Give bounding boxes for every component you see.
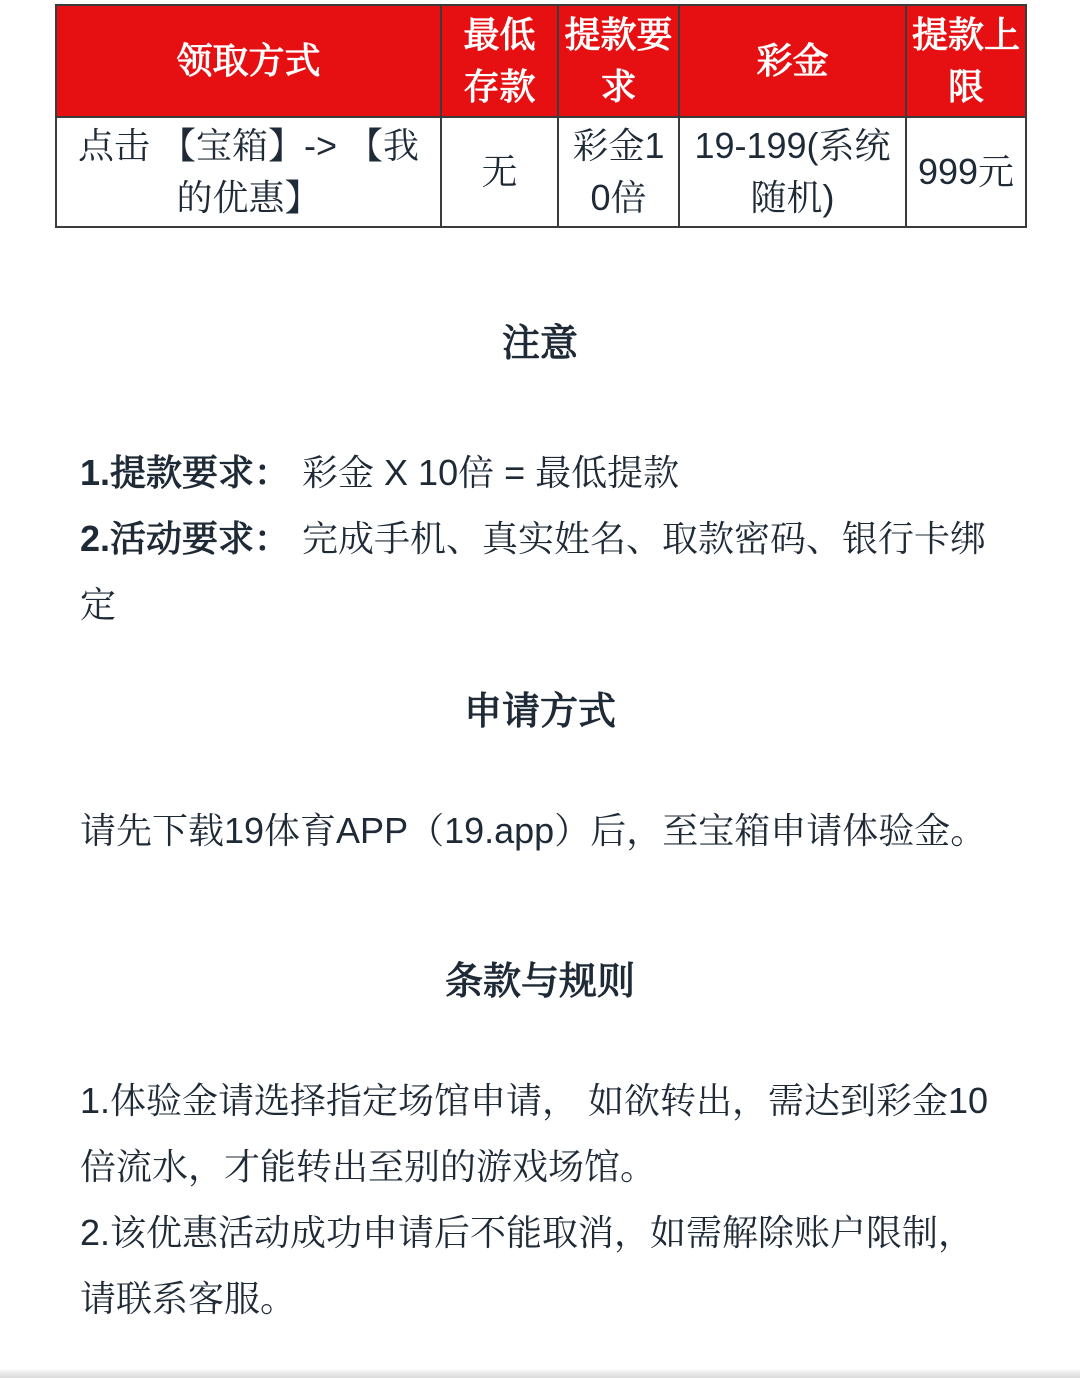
notice-item-1-label: 1.提款要求： (80, 452, 290, 493)
header-withdraw-requirement: 提款要求 (558, 5, 679, 117)
terms-item-2: 2.该优惠活动成功申请后不能取消，如需解除账户限制，请联系客服。 (80, 1200, 1005, 1332)
terms-list: 1.体验金请选择指定场馆申请， 如欲转出，需达到彩金10倍流水，才能转出至别的游… (0, 1068, 1080, 1332)
bottom-divider (0, 1370, 1080, 1378)
cell-withdraw-cap: 999元 (906, 117, 1026, 227)
cell-claim-method: 点击 【宝箱】-> 【我的优惠】 (56, 117, 441, 227)
notice-item-2: 2.活动要求：完成手机、真实姓名、取款密码、银行卡绑定 (80, 506, 1005, 638)
apply-section: 请先下载19体育APP（19.app）后，至宝箱申请体验金。 (0, 798, 1080, 864)
promo-page: 领取方式 最低存款 提款要求 彩金 提款上限 点击 【宝箱】-> 【我的优惠】 … (0, 4, 1080, 1332)
apply-text: 请先下载19体育APP（19.app）后，至宝箱申请体验金。 (80, 798, 1005, 864)
promo-table: 领取方式 最低存款 提款要求 彩金 提款上限 点击 【宝箱】-> 【我的优惠】 … (55, 4, 1027, 228)
notice-item-1: 1.提款要求：彩金 X 10倍 = 最低提款 (80, 440, 1005, 506)
header-bonus: 彩金 (679, 5, 906, 117)
cell-min-deposit: 无 (441, 117, 558, 227)
header-min-deposit: 最低存款 (441, 5, 558, 117)
header-withdraw-cap: 提款上限 (906, 5, 1026, 117)
notice-list: 1.提款要求：彩金 X 10倍 = 最低提款 2.活动要求：完成手机、真实姓名、… (0, 440, 1080, 638)
notice-item-2-label: 2.活动要求： (80, 518, 290, 559)
apply-heading: 申请方式 (0, 690, 1080, 734)
terms-heading: 条款与规则 (0, 960, 1080, 1004)
table-row: 点击 【宝箱】-> 【我的优惠】 无 彩金10倍 19-199(系统随机) 99… (56, 117, 1026, 227)
terms-item-1: 1.体验金请选择指定场馆申请， 如欲转出，需达到彩金10倍流水，才能转出至别的游… (80, 1068, 1005, 1200)
cell-bonus: 19-199(系统随机) (679, 117, 906, 227)
notice-item-1-text: 彩金 X 10倍 = 最低提款 (302, 452, 679, 493)
cell-withdraw-requirement: 彩金10倍 (558, 117, 679, 227)
header-claim-method: 领取方式 (56, 5, 441, 117)
notice-heading: 注意 (0, 322, 1080, 366)
table-header-row: 领取方式 最低存款 提款要求 彩金 提款上限 (56, 5, 1026, 117)
